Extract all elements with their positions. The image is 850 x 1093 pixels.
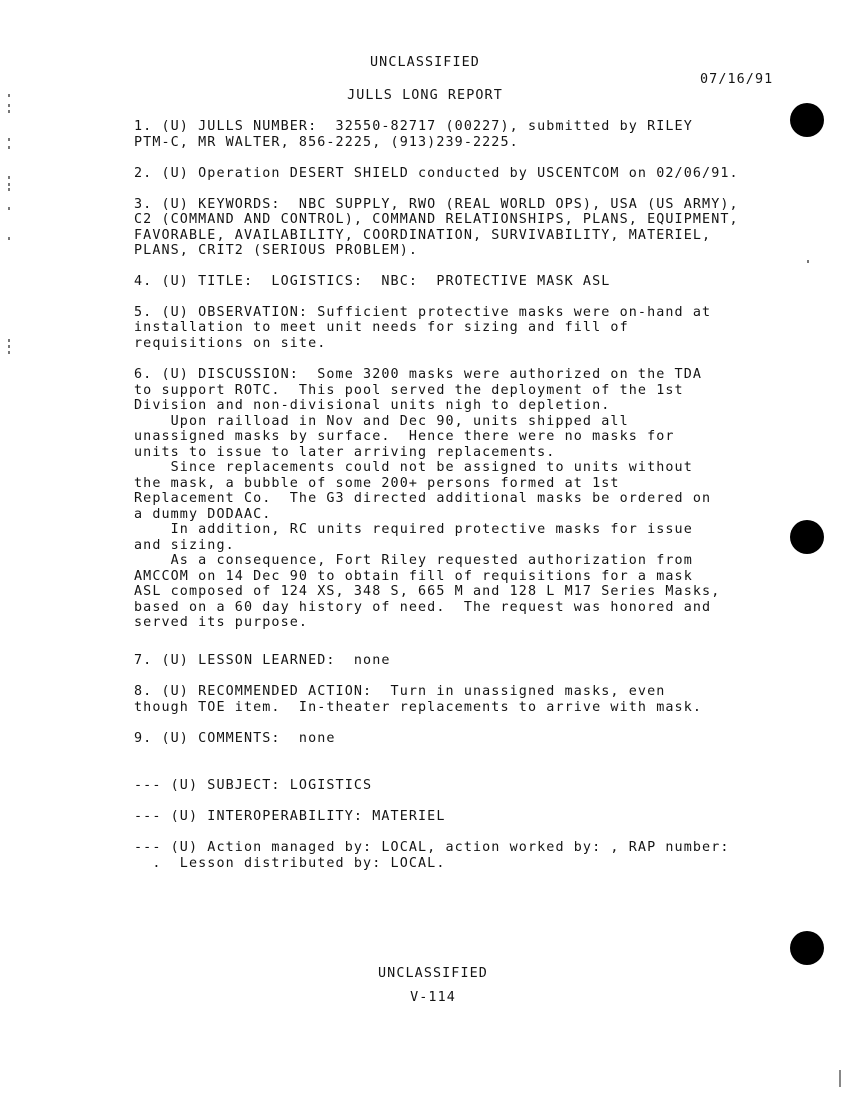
- report-title: JULLS LONG REPORT: [0, 88, 850, 104]
- item-line: ASL composed of 124 XS, 348 S, 665 M and…: [134, 584, 720, 600]
- item-line: 7. (U) LESSON LEARNED: none: [134, 653, 391, 669]
- item-line: C2 (COMMAND AND CONTROL), COMMAND RELATI…: [134, 212, 739, 228]
- item-line: installation to meet unit needs for sizi…: [134, 320, 629, 336]
- note-line: . Lesson distributed by: LOCAL.: [134, 856, 446, 872]
- item-line: In addition, RC units required protectiv…: [134, 522, 693, 538]
- binder-hole-bottom: [790, 931, 824, 965]
- scan-speck: [8, 104, 10, 107]
- item-line: Since replacements could not be assigned…: [134, 460, 693, 476]
- item-line: to support ROTC. This pool served the de…: [134, 383, 684, 399]
- item-line: and sizing.: [134, 538, 235, 554]
- scan-speck: [8, 207, 10, 210]
- scan-speck: [8, 339, 10, 342]
- document-page: UNCLASSIFIED 07/16/91 JULLS LONG REPORT …: [0, 0, 850, 1093]
- item-line: 6. (U) DISCUSSION: Some 3200 masks were …: [134, 367, 702, 383]
- scan-speck: [807, 260, 809, 263]
- item-line: 1. (U) JULLS NUMBER: 32550-82717 (00227)…: [134, 119, 693, 135]
- scan-speck: [8, 146, 10, 149]
- item-line: FAVORABLE, AVAILABILITY, COORDINATION, S…: [134, 228, 711, 244]
- note-line: --- (U) INTEROPERABILITY: MATERIEL: [134, 809, 446, 825]
- item-line: a dummy DODAAC.: [134, 507, 271, 523]
- item-line: PLANS, CRIT2 (SERIOUS PROBLEM).: [134, 243, 418, 259]
- item-line: the mask, a bubble of some 200+ persons …: [134, 476, 620, 492]
- scan-speck: [8, 138, 10, 141]
- binder-hole-top: [790, 103, 824, 137]
- item-line: AMCCOM on 14 Dec 90 to obtain fill of re…: [134, 569, 693, 585]
- item-line: based on a 60 day history of need. The r…: [134, 600, 711, 616]
- scan-speck: [8, 183, 10, 186]
- item-line: though TOE item. In-theater replacements…: [134, 700, 702, 716]
- note-line: --- (U) SUBJECT: LOGISTICS: [134, 778, 372, 794]
- item-line: 9. (U) COMMENTS: none: [134, 731, 336, 747]
- scan-speck: [8, 94, 10, 97]
- scan-speck: [8, 345, 10, 348]
- scan-speck: [8, 176, 10, 179]
- classification-footer: UNCLASSIFIED: [8, 966, 850, 982]
- item-line: PTM-C, MR WALTER, 856-2225, (913)239-222…: [134, 135, 519, 151]
- item-line: requisitions on site.: [134, 336, 326, 352]
- page-number: V-114: [8, 990, 850, 1006]
- note-line: --- (U) Action managed by: LOCAL, action…: [134, 840, 730, 856]
- item-line: Replacement Co. The G3 directed addition…: [134, 491, 711, 507]
- scan-speck: [8, 188, 10, 191]
- report-date: 07/16/91: [700, 72, 773, 88]
- item-line: 2. (U) Operation DESERT SHIELD conducted…: [134, 166, 739, 182]
- item-line: As a consequence, Fort Riley requested a…: [134, 553, 693, 569]
- item-line: 4. (U) TITLE: LOGISTICS: NBC: PROTECTIVE…: [134, 274, 610, 290]
- item-line: Division and non-divisional units nigh t…: [134, 398, 610, 414]
- binder-hole-middle: [790, 520, 824, 554]
- scan-edge-mark: [839, 1070, 841, 1087]
- scan-speck: [8, 351, 10, 354]
- item-line: 8. (U) RECOMMENDED ACTION: Turn in unass…: [134, 684, 665, 700]
- item-line: Upon railload in Nov and Dec 90, units s…: [134, 414, 629, 430]
- scan-speck: [8, 237, 10, 240]
- scan-speck: [8, 110, 10, 113]
- item-line: 3. (U) KEYWORDS: NBC SUPPLY, RWO (REAL W…: [134, 197, 739, 213]
- classification-header: UNCLASSIFIED: [0, 55, 850, 71]
- item-line: served its purpose.: [134, 615, 308, 631]
- item-line: 5. (U) OBSERVATION: Sufficient protectiv…: [134, 305, 711, 321]
- item-line: units to issue to later arriving replace…: [134, 445, 555, 461]
- item-line: unassigned masks by surface. Hence there…: [134, 429, 675, 445]
